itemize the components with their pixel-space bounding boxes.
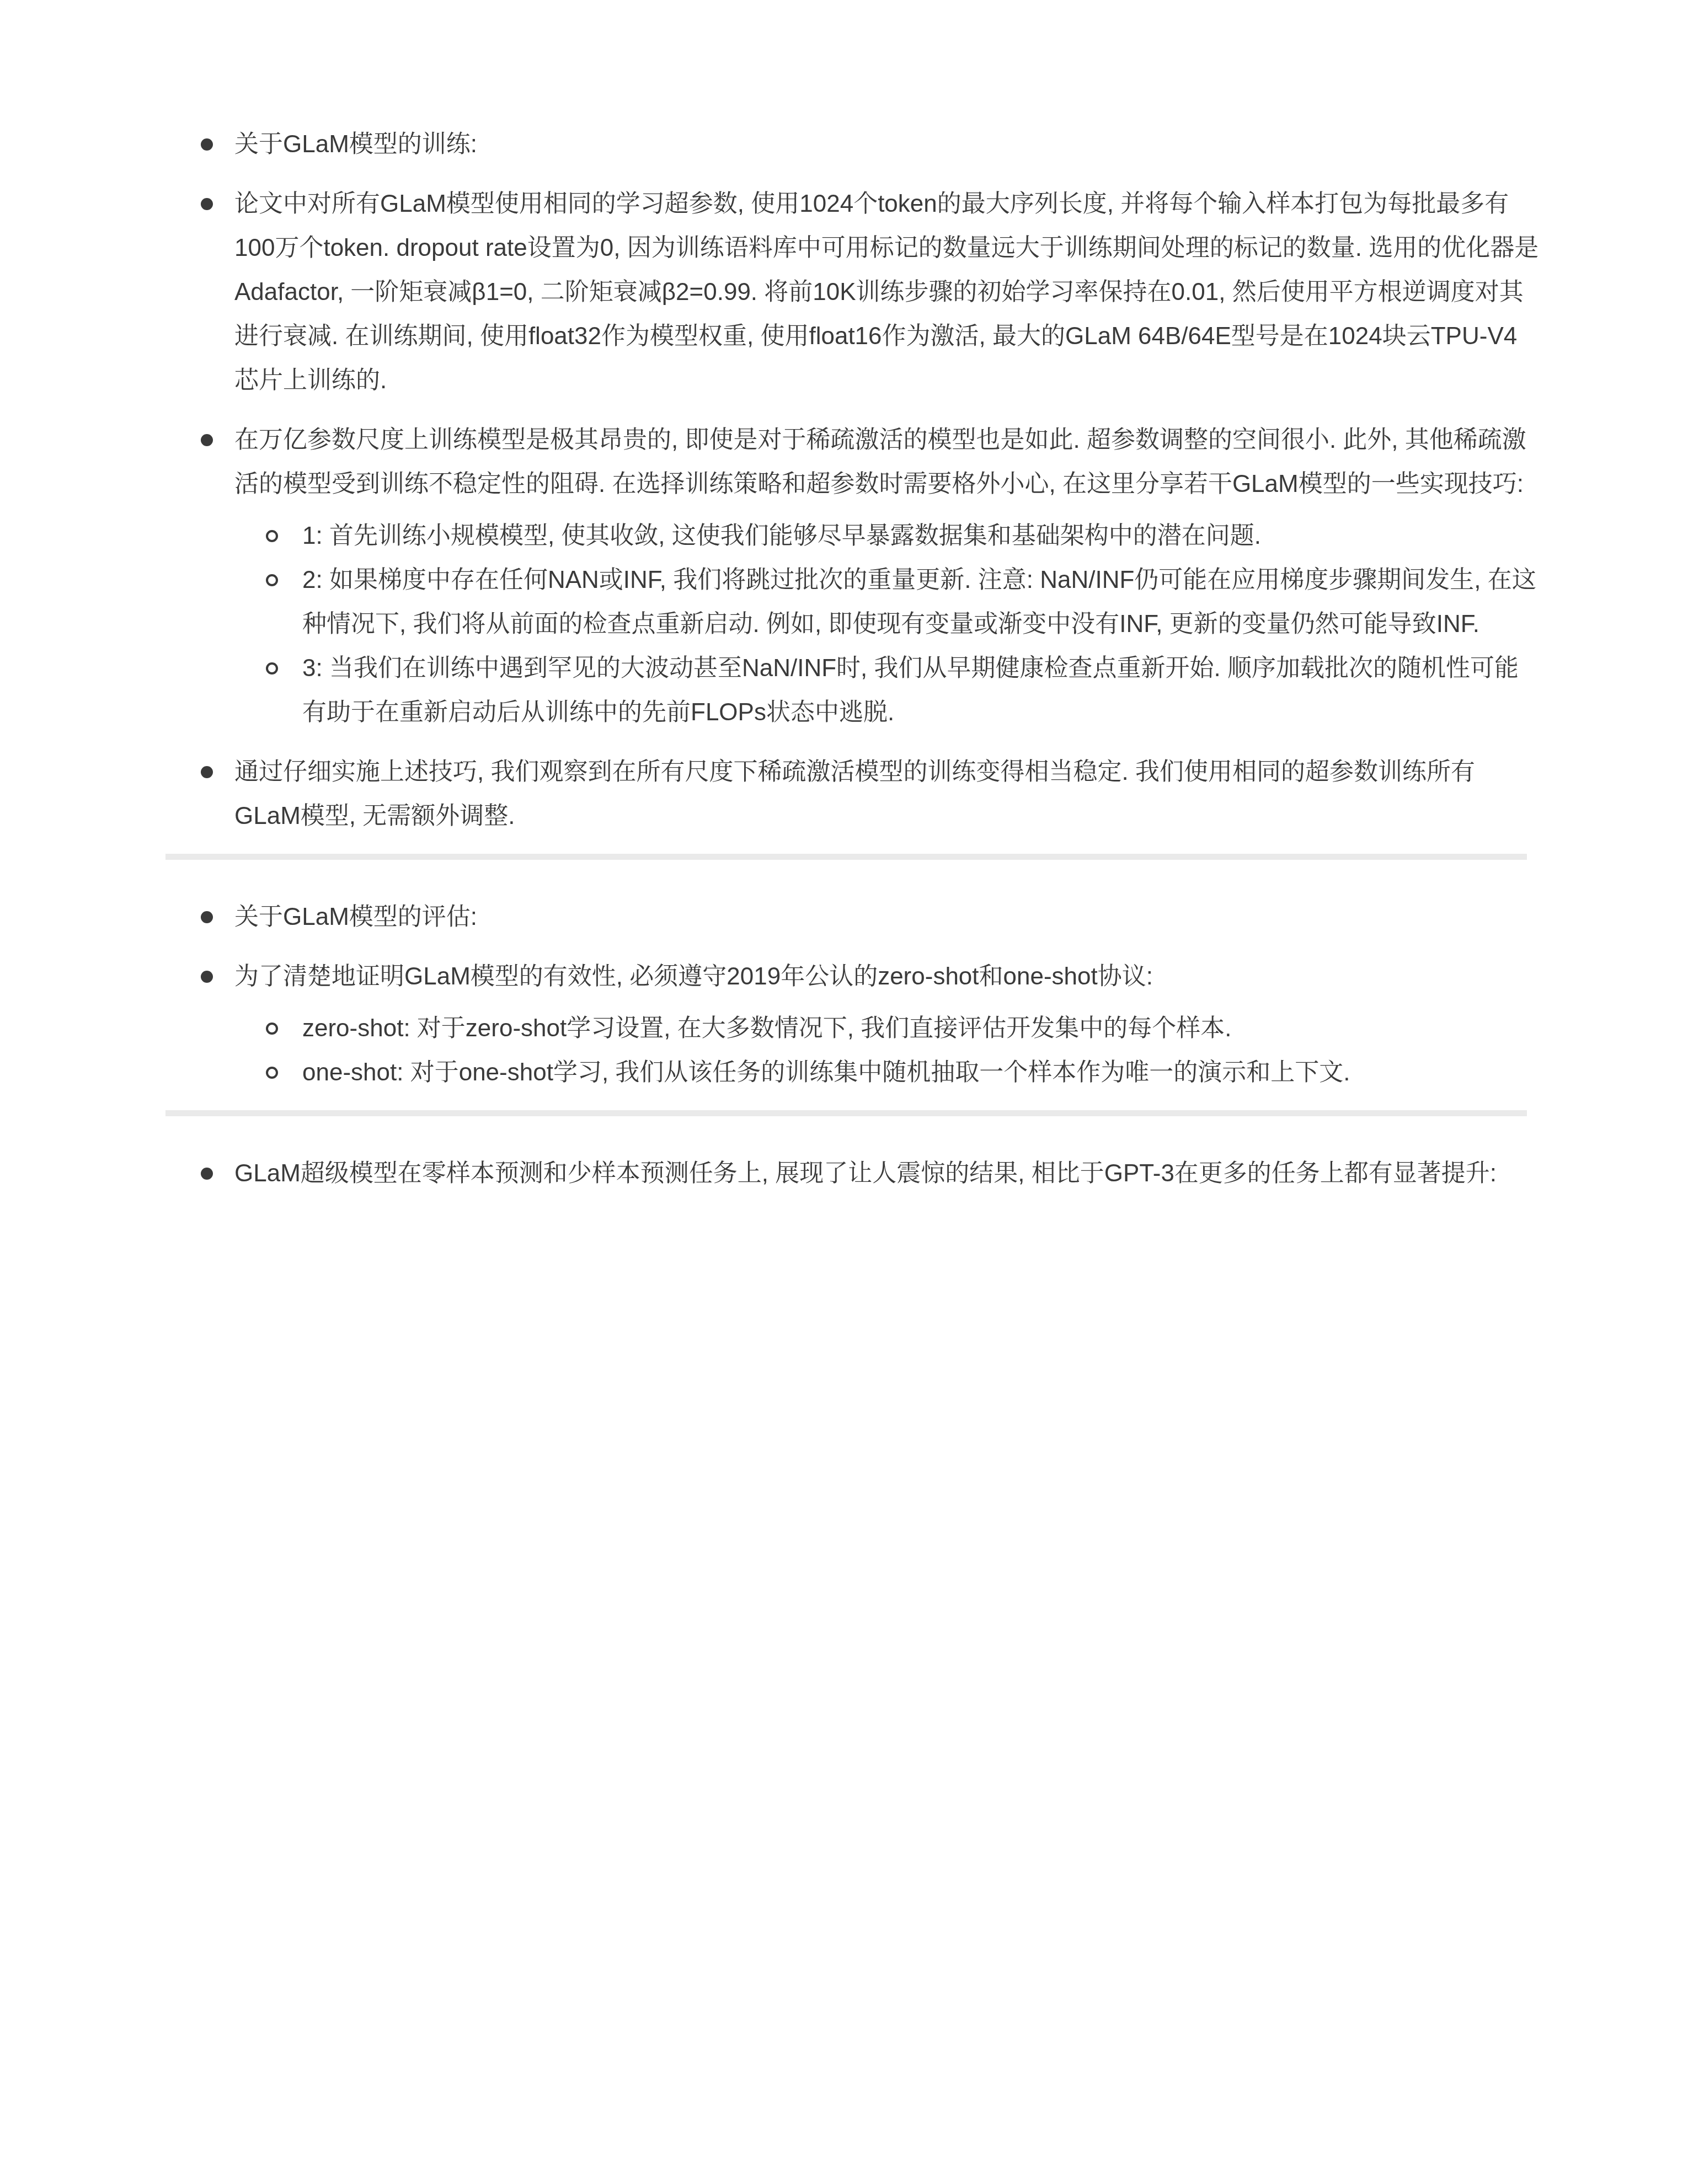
bullet-text: 关于GLaM模型的评估: [234, 895, 1539, 939]
list-item-training-stability: 通过仔细实施上述技巧, 我们观察到在所有尺度下稀疏激活模型的训练变得相当稳定. … [165, 750, 1539, 838]
sublist-protocols: zero-shot: 对于zero-shot学习设置, 在大多数情况下, 我们直… [165, 1007, 1539, 1095]
bullet-text: 在万亿参数尺度上训练模型是极其昂贵的, 即使是对于稀疏激活的模型也是如此. 超参… [234, 418, 1539, 506]
bullet-text: 为了清楚地证明GLaM模型的有效性, 必须遵守2019年公认的zero-shot… [234, 955, 1539, 999]
bullet-text: zero-shot: 对于zero-shot学习设置, 在大多数情况下, 我们直… [302, 1007, 1539, 1051]
list-item-evaluation-heading: 关于GLaM模型的评估: [165, 895, 1539, 939]
list-item-tip-2: 2: 如果梯度中存在任何NAN或INF, 我们将跳过批次的重量更新. 注意: N… [165, 558, 1539, 646]
sublist-implementation-tips: 1: 首先训练小规模模型, 使其收敛, 这使我们能够尽早暴露数据集和基础架构中的… [165, 514, 1539, 735]
bullet-text: one-shot: 对于one-shot学习, 我们从该任务的训练集中随机抽取一… [302, 1051, 1539, 1095]
list-item-results: GLaM超级模型在零样本预测和少样本预测任务上, 展现了让人震惊的结果, 相比于… [165, 1152, 1539, 1196]
bullet-circle-icon [266, 1023, 278, 1035]
bullet-disc-icon [201, 138, 213, 151]
bullet-circle-icon [266, 662, 278, 675]
section-divider [165, 1110, 1527, 1116]
bullet-text: 通过仔细实施上述技巧, 我们观察到在所有尺度下稀疏激活模型的训练变得相当稳定. … [234, 750, 1539, 838]
list-item-training-heading: 关于GLaM模型的训练: [165, 122, 1539, 167]
bullet-circle-icon [266, 574, 278, 586]
bullet-disc-icon [201, 434, 213, 446]
bullet-disc-icon [201, 911, 213, 923]
bullet-text: 关于GLaM模型的训练: [234, 122, 1539, 167]
section-evaluation: 关于GLaM模型的评估: 为了清楚地证明GLaM模型的有效性, 必须遵守2019… [165, 895, 1539, 1095]
list-item-protocols: 为了清楚地证明GLaM模型的有效性, 必须遵守2019年公认的zero-shot… [165, 955, 1539, 999]
bullet-disc-icon [201, 971, 213, 983]
section-results: GLaM超级模型在零样本预测和少样本预测任务上, 展现了让人震惊的结果, 相比于… [165, 1152, 1539, 1196]
bullet-disc-icon [201, 1168, 213, 1180]
bullet-text: 论文中对所有GLaM模型使用相同的学习超参数, 使用1024个token的最大序… [234, 182, 1539, 403]
list-item-hyperparameters: 论文中对所有GLaM模型使用相同的学习超参数, 使用1024个token的最大序… [165, 182, 1539, 403]
bullet-circle-icon [266, 530, 278, 542]
section-training: 关于GLaM模型的训练: 论文中对所有GLaM模型使用相同的学习超参数, 使用1… [165, 122, 1539, 838]
bullet-disc-icon [201, 198, 213, 210]
bullet-text: 1: 首先训练小规模模型, 使其收敛, 这使我们能够尽早暴露数据集和基础架构中的… [302, 514, 1539, 558]
list-item-tip-1: 1: 首先训练小规模模型, 使其收敛, 这使我们能够尽早暴露数据集和基础架构中的… [165, 514, 1539, 558]
list-item-training-cost: 在万亿参数尺度上训练模型是极其昂贵的, 即使是对于稀疏激活的模型也是如此. 超参… [165, 418, 1539, 506]
bullet-text: 3: 当我们在训练中遇到罕见的大波动甚至NaN/INF时, 我们从早期健康检查点… [302, 646, 1539, 735]
document-body: 关于GLaM模型的训练: 论文中对所有GLaM模型使用相同的学习超参数, 使用1… [0, 0, 1688, 1196]
bullet-text: GLaM超级模型在零样本预测和少样本预测任务上, 展现了让人震惊的结果, 相比于… [234, 1152, 1539, 1196]
list-item-one-shot: one-shot: 对于one-shot学习, 我们从该任务的训练集中随机抽取一… [165, 1051, 1539, 1095]
bullet-text: 2: 如果梯度中存在任何NAN或INF, 我们将跳过批次的重量更新. 注意: N… [302, 558, 1539, 646]
bullet-circle-icon [266, 1067, 278, 1079]
section-divider [165, 854, 1527, 860]
bullet-disc-icon [201, 766, 213, 778]
list-item-zero-shot: zero-shot: 对于zero-shot学习设置, 在大多数情况下, 我们直… [165, 1007, 1539, 1051]
list-item-tip-3: 3: 当我们在训练中遇到罕见的大波动甚至NaN/INF时, 我们从早期健康检查点… [165, 646, 1539, 735]
